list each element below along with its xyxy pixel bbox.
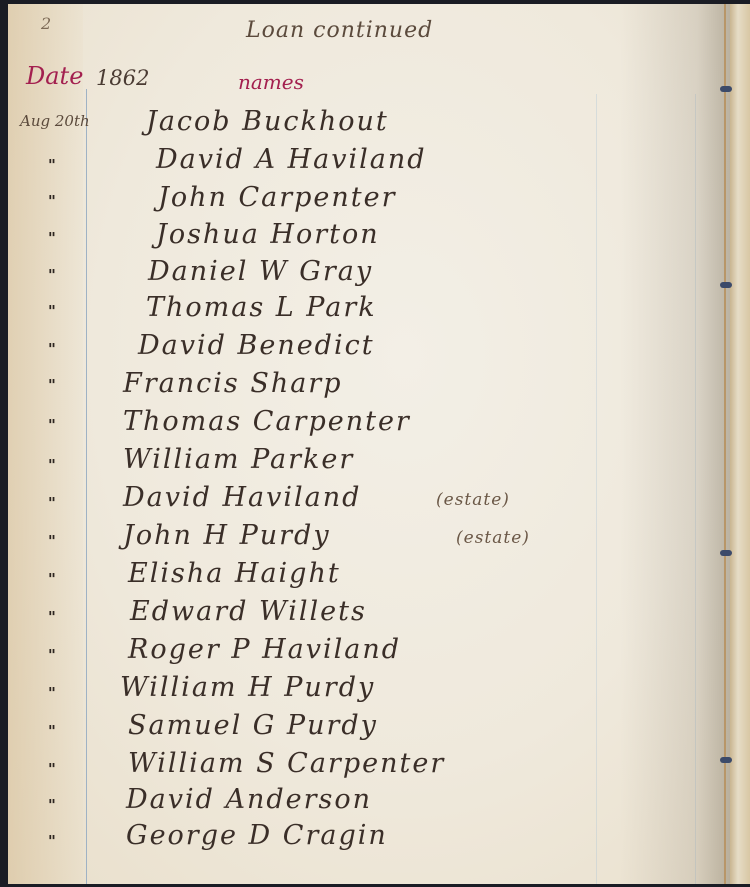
ditto-mark: " (48, 416, 56, 434)
entry-date: Aug 20th (20, 112, 90, 130)
ditto-mark: " (48, 570, 56, 588)
ledger-page: 2 Loan continued Date 1862 names Aug 20t… (8, 4, 730, 884)
estate-note: (estate) (436, 490, 510, 510)
book-spine (730, 4, 750, 884)
entry-name: David A Haviland (156, 144, 427, 175)
entry-name: David Haviland (123, 482, 361, 513)
entry-name: John Carpenter (158, 182, 397, 213)
entry-name: Francis Sharp (123, 368, 343, 399)
entry-name: George D Cragin (126, 820, 388, 851)
binding-stitch-icon (720, 757, 732, 763)
ditto-mark: " (48, 796, 56, 814)
date-column-rule (86, 89, 87, 884)
entry-name: Thomas Carpenter (123, 406, 411, 437)
binding-stitch-icon (720, 86, 732, 92)
entry-name: Edward Willets (130, 596, 367, 627)
page-number: 2 (41, 14, 51, 33)
ditto-mark: " (48, 156, 56, 174)
ditto-mark: " (48, 229, 56, 247)
entry-name: William H Purdy (120, 672, 375, 703)
entry-name: David Benedict (138, 330, 375, 361)
entry-name: Thomas L Park (146, 292, 377, 323)
ditto-mark: " (48, 456, 56, 474)
ditto-mark: " (48, 376, 56, 394)
ditto-mark: " (48, 494, 56, 512)
entry-name: Roger P Haviland (128, 634, 401, 665)
page-heading: Loan continued (246, 18, 433, 43)
entry-name: Daniel W Gray (148, 256, 373, 287)
binding-crease (724, 4, 726, 884)
ditto-mark: " (48, 266, 56, 284)
binding-stitch-icon (720, 282, 732, 288)
ditto-mark: " (48, 532, 56, 550)
entry-name: Joshua Horton (156, 219, 380, 250)
ditto-mark: " (48, 760, 56, 778)
year-label: 1862 (96, 66, 149, 90)
binding-stitch-icon (720, 550, 732, 556)
estate-note: (estate) (456, 528, 530, 548)
entry-name: David Anderson (126, 784, 372, 815)
ditto-mark: " (48, 192, 56, 210)
entry-name: John H Purdy (123, 520, 331, 551)
bleed-through-rule (695, 94, 696, 884)
entry-name: Elisha Haight (128, 558, 341, 589)
ditto-mark: " (48, 340, 56, 358)
ditto-mark: " (48, 646, 56, 664)
entry-name: William S Carpenter (128, 748, 445, 779)
names-column-header: names (238, 70, 304, 94)
bleed-through-rule (596, 94, 597, 884)
entry-name: Jacob Buckhout (146, 106, 389, 137)
date-column-header: Date (26, 62, 83, 90)
ditto-mark: " (48, 608, 56, 626)
ditto-mark: " (48, 832, 56, 850)
entry-name: Samuel G Purdy (128, 710, 378, 741)
ditto-mark: " (48, 302, 56, 320)
ditto-mark: " (48, 684, 56, 702)
entry-name: William Parker (123, 444, 354, 475)
ditto-mark: " (48, 722, 56, 740)
